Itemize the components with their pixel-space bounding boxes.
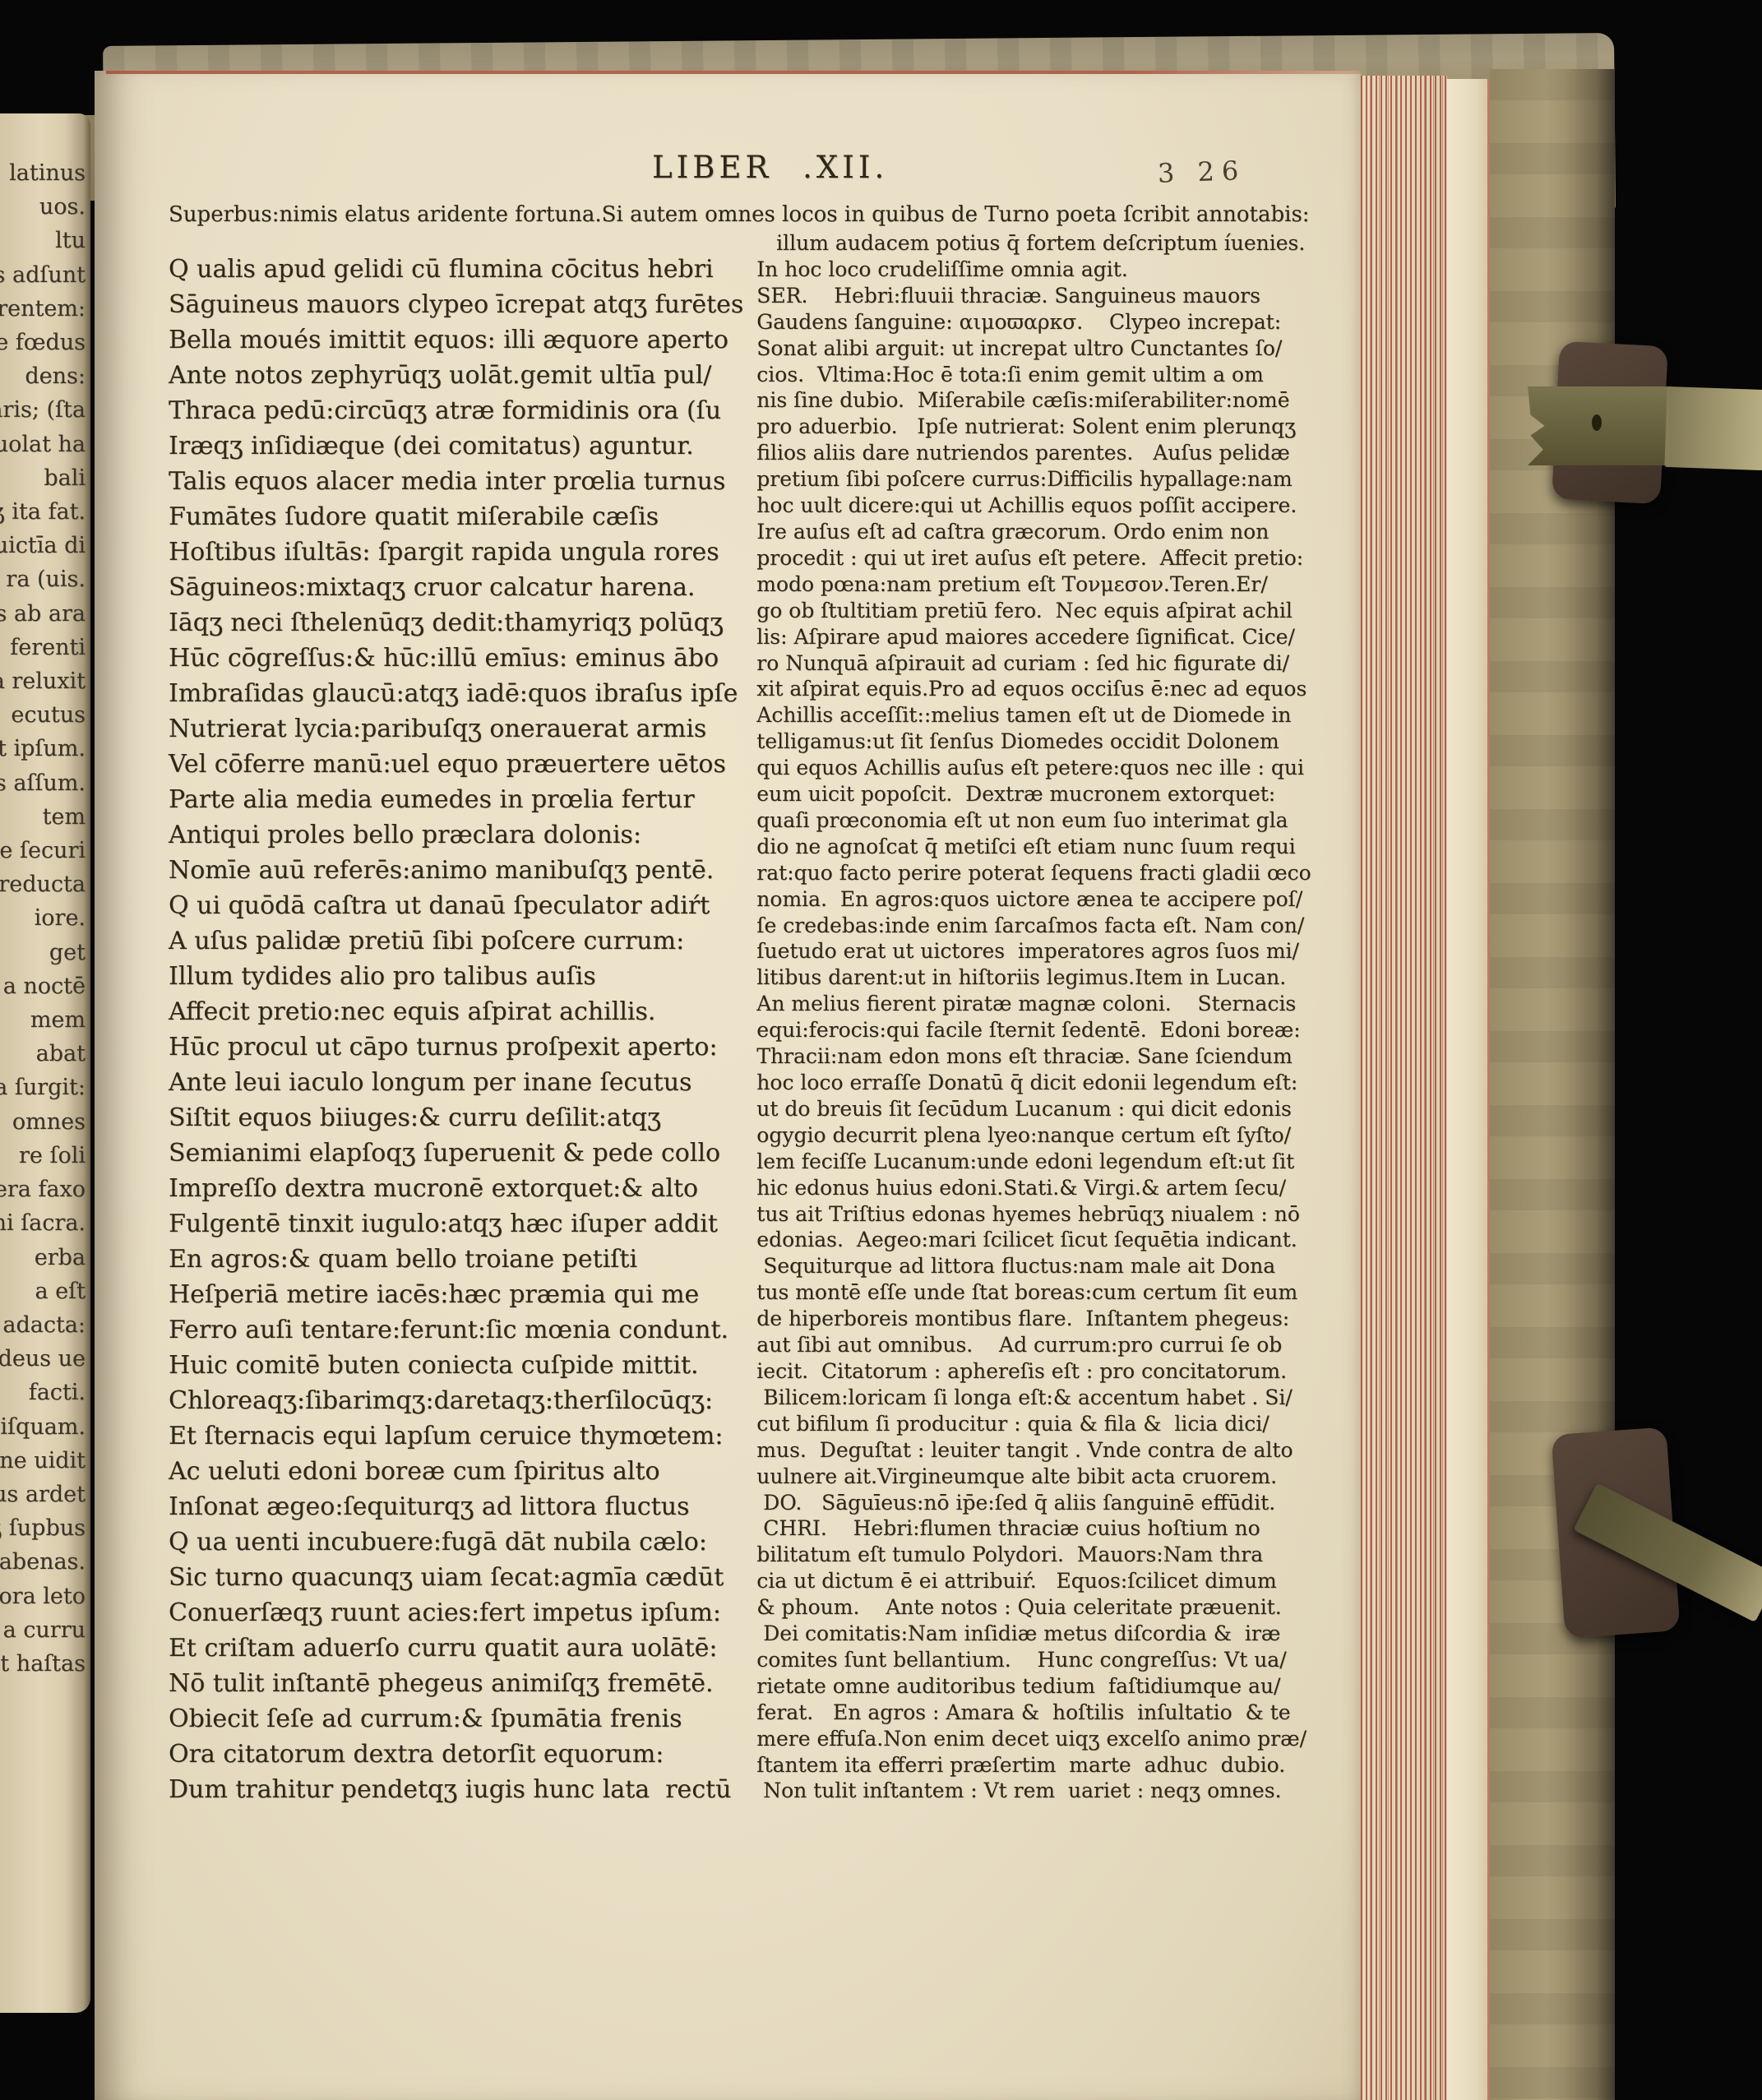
commentary-line: ogygio decurrit plena lyeo:nanque certum… bbox=[756, 1122, 1311, 1149]
commentary-line: Non tulit inſtantem : Vt rem uariet : ne… bbox=[756, 1778, 1311, 1804]
poem-line: Thraca pedū:circūqʒ atræ formidinis ora … bbox=[169, 393, 743, 428]
commentary-line: ſe credebas:inde enim ſarcaſmos facta eſ… bbox=[756, 913, 1311, 939]
poem-line: Ferro auſi tentare:ferunt:ſic mœnia cond… bbox=[169, 1312, 743, 1348]
commentary-line: xit aſpirat equis.Pro ad equos occiſus ē… bbox=[756, 676, 1311, 702]
commentary-line: hoc uult dicere:qui ut Achillis equos po… bbox=[756, 493, 1311, 519]
marginalia-fragment: d uolat ha bbox=[0, 428, 86, 461]
marginalia-fragment: erit haſtas bbox=[0, 1647, 86, 1681]
poem-line: Conuerſæqʒ ruunt acies:fert impetus ipſu… bbox=[169, 1595, 743, 1631]
poem-line: Ora citatorum dextra detorſit equorum: bbox=[169, 1737, 743, 1772]
marginalia-fragment: mine uidit bbox=[0, 1444, 86, 1478]
clasp-brass-plate bbox=[1528, 386, 1669, 465]
facing-page-edge: latinusuos.ltus adſunterentem:re fœdusde… bbox=[0, 113, 90, 2013]
marginalia-fragment: ie adacta: bbox=[0, 1308, 86, 1342]
marginalia-fragment: iore. bbox=[0, 901, 86, 935]
poem-line: Sāguineus mauors clypeo īcrepat atqʒ fur… bbox=[169, 287, 743, 322]
marginalia-fragment: a noctē bbox=[0, 969, 86, 1003]
commentary-line: cut bifilum ſi producitur : quia & fila … bbox=[756, 1411, 1311, 1437]
poem-line: Parte alia media eumedes in prœlia fertu… bbox=[169, 782, 743, 817]
poem-line: Et criſtam aduerſo curru quatit aura uol… bbox=[169, 1631, 743, 1666]
poem-line: Affecit pretio:nec equis aſpirat achilli… bbox=[169, 994, 743, 1029]
commentary-line: go ob ſtultitiam pretiū fero. Nec equis … bbox=[756, 598, 1311, 624]
commentary-line: Thracii:nam edon mons eſt thraciæ. Sane … bbox=[756, 1043, 1311, 1070]
marginalia-fragment: tem bbox=[0, 800, 86, 834]
marginalia-fragment: s ab ara bbox=[0, 597, 86, 631]
clasp-strap-tip bbox=[1664, 386, 1762, 470]
poem-line: En agros:& quam bello troiane petiſti bbox=[169, 1242, 743, 1277]
poem-line: Q ui quōdā caſtra ut danaū ſpeculator ad… bbox=[169, 888, 743, 923]
commentary-line: cios. Vltima:Hoc ē tota:ſi enim gemit ul… bbox=[756, 362, 1311, 388]
marginalia-fragment: a reluxit bbox=[0, 664, 86, 698]
marginalia-fragment: dens: bbox=[0, 359, 86, 393]
marginalia-fragment: edera faxo bbox=[0, 1173, 86, 1206]
poem-line: Nō tulit inſtantē phegeus animiſqʒ fremē… bbox=[169, 1666, 743, 1701]
commentary-line: quaſi prœconomia eſt ut non eum ſuo inte… bbox=[756, 807, 1311, 834]
marginalia-fragment: omnes bbox=[0, 1105, 86, 1139]
commentary-line: CHRI. Hebri:flumen thraciæ cuius hoſtium… bbox=[756, 1515, 1311, 1542]
book-title: LIBER .XII. bbox=[652, 150, 888, 185]
clasp-top bbox=[1513, 339, 1762, 511]
commentary-line: uulnere ait.Virgineumque alte bibit acta… bbox=[756, 1464, 1311, 1490]
commentary-line: hoc loco erraſſe Donatū q̄ dicit edonii … bbox=[756, 1070, 1311, 1096]
commentary-line: ro Nunquā aſpirauit ad curiam : ſed hic … bbox=[756, 650, 1311, 677]
book-photo: { "colors":{ "bg":"#060606","page":"#e9d… bbox=[0, 0, 1762, 2100]
poem-column: Q ualis apud gelidi cū flumina cōcitus h… bbox=[169, 230, 743, 1807]
marginalia-fragment: bali bbox=[0, 461, 86, 495]
poem-line: Nutrierat lycia:paribuſqʒ onerauerat arm… bbox=[169, 711, 743, 747]
commentary-line: procedit : qui ut iret auſus eſt petere.… bbox=[756, 545, 1311, 571]
poem-line: Illum tydides alio pro talibus auſis bbox=[169, 959, 743, 994]
poem-line: Huic comitē buten coniecta cuſpide mitti… bbox=[169, 1348, 743, 1383]
poem-line: Inſonat ægeo:ſequiturqʒ ad littora fluct… bbox=[169, 1489, 743, 1524]
poem-line: Ac ueluti edoni boreæ cum ſpiritus alto bbox=[169, 1454, 743, 1489]
poem-line: Imbraſidas glaucū:atqʒ iadē:quos ibraſus… bbox=[169, 676, 743, 711]
poem-line: Iāqʒ neci ſthelenūqʒ dedit:thamyriqʒ pol… bbox=[169, 605, 743, 641]
poem-line: Chloreaqʒ:ſibarimqʒ:daretaqʒ:therſilocūq… bbox=[169, 1383, 743, 1418]
commentary-line: hic edonus huius edoni.Stati.& Virgi.& a… bbox=[756, 1175, 1311, 1201]
outer-leaf-edge bbox=[1447, 79, 1490, 2100]
poem-line: Hūc cōgreſſus:& hūc:illū emīus: eminus ā… bbox=[169, 641, 743, 676]
commentary-line: dio ne agnoſcat q̄ metiſci eſt etiam nun… bbox=[756, 834, 1311, 860]
marginalia-fragment: a ſurgit: bbox=[0, 1071, 86, 1104]
marginalia-fragment: e deus ue bbox=[0, 1342, 86, 1376]
commentary-line: eum uicit popoſcit. Dextræ mucronem exto… bbox=[756, 781, 1311, 807]
commentary-line: aut ſibi aut omnibus. Ad currum:pro curr… bbox=[756, 1332, 1311, 1358]
marginalia-fragment: ferenti bbox=[0, 631, 86, 664]
poem-line: Ante leui iaculo longum per inane ſecutu… bbox=[169, 1065, 743, 1100]
marginalia-fragment: reducta bbox=[0, 867, 86, 901]
marginalia-fragment: s aſſum. bbox=[0, 766, 86, 800]
marginalia-fragment: mem bbox=[0, 1003, 86, 1037]
poem-line: Fumātes ſudore quatit miſerabile cæſis bbox=[169, 499, 743, 534]
commentary-line: Bilicem:loricam ſi longa eſt:& accentum … bbox=[756, 1385, 1311, 1411]
poem-line: A uſus palidæ pretiū ſibi poſcere currum… bbox=[169, 923, 743, 959]
commentary-line: lem feciſſe Lucanum:unde edoni legendum … bbox=[756, 1149, 1311, 1175]
marginalia-column: latinusuos.ltus adſunterentem:re fœdusde… bbox=[0, 156, 86, 1681]
marginalia-fragment: a eſt bbox=[0, 1274, 86, 1308]
commentary-line: DO. Sāguīeus:nō ip̄e:ſed q̄ aliis ſangui… bbox=[756, 1490, 1311, 1516]
commentary-line: Dei comitatis:Nam inſidiæ metus diſcordi… bbox=[756, 1621, 1311, 1647]
marginalia-fragment: at ipſum. bbox=[0, 732, 86, 766]
commentary-line: rietate omne auditoribus tedium faſtidiu… bbox=[756, 1673, 1311, 1700]
poem-line: Q ua uenti incubuere:fugā dāt nubila cæl… bbox=[169, 1524, 743, 1560]
poem-line: Semianimi elapſoqʒ ſuperuenit & pede col… bbox=[169, 1136, 743, 1171]
commentary-column: illum audacem potius q̄ fortem deſcriptu… bbox=[756, 230, 1311, 1807]
commentary-line: telligamus:ut ſit ſenſus Diomedes occidi… bbox=[756, 729, 1311, 755]
marginalia-fragment: get bbox=[0, 936, 86, 969]
commentary-line: mere effuſa.Non enim decet uiqʒ excelſo … bbox=[756, 1726, 1311, 1752]
marginalia-fragment: ltu bbox=[0, 224, 86, 257]
poem-line: Nomīe auū referēs:animo manibuſqʒ pentē. bbox=[169, 853, 743, 888]
commentary-line: ut do breuis ſit ſecūdum Lucanum : qui d… bbox=[756, 1096, 1311, 1122]
marginalia-fragment: pora leto bbox=[0, 1580, 86, 1613]
marginalia-fragment: a curru bbox=[0, 1613, 86, 1647]
marginalia-fragment: latinus bbox=[0, 156, 86, 190]
poem-line: Hūc procul ut cāpo turnus proſpexit aper… bbox=[169, 1029, 743, 1065]
poem-line: Et ſternacis equi lapſum ceruice thymœte… bbox=[169, 1418, 743, 1454]
marginalia-fragment: facti. bbox=[0, 1376, 86, 1409]
commentary-line: Sonat alibi arguit: ut increpat ultro Cu… bbox=[756, 335, 1311, 362]
commentary-line: & phoum. Ante notos : Quia celeritate pr… bbox=[756, 1594, 1311, 1621]
marginalia-fragment: erentem: bbox=[0, 292, 86, 326]
commentary-line: ferat. En agros : Amara & hoſtilis inſul… bbox=[756, 1700, 1311, 1726]
commentary-line: de hiperboreis montibus flare. Inſtantem… bbox=[756, 1306, 1311, 1332]
commentary-line: bilitatum eſt tumulo Polydori. Mauors:Na… bbox=[756, 1542, 1311, 1568]
marginalia-fragment: aris; (ſta bbox=[0, 393, 86, 427]
marginalia-fragment: erba bbox=[0, 1241, 86, 1274]
poem-line: Heſperiā metire iacēs:hæc præmia qui me bbox=[169, 1277, 743, 1312]
commentary-line: ſtantem ita efferri præſertim marte adhu… bbox=[756, 1752, 1311, 1779]
commentary-line: In hoc loco crudeliſſime omnia agit. bbox=[756, 257, 1311, 283]
commentary-line: ſuetudo erat ut uictores imperatores agr… bbox=[756, 938, 1311, 964]
marginalia-fragment: qʒ ſupbus bbox=[0, 1511, 86, 1545]
marginalia-fragment: nihi ſacra. bbox=[0, 1206, 86, 1240]
marginalia-fragment: uictīa di bbox=[0, 529, 86, 562]
marginalia-fragment: e ſecuri bbox=[0, 834, 86, 867]
commentary-line: Achillis acceſſit::melius tamen eſt ut d… bbox=[756, 702, 1311, 729]
page-header: LIBER .XII. 3 26 bbox=[169, 150, 1280, 201]
fore-edge-pages bbox=[1361, 76, 1447, 2100]
poem-line: Fulgentē tinxit iugulo:atqʒ hæc iſuper a… bbox=[169, 1206, 743, 1242]
text-columns: Q ualis apud gelidi cū flumina cōcitus h… bbox=[169, 230, 1280, 1807]
poem-line: Sic turno quacunqʒ uiam ſecat:agmīa cædū… bbox=[169, 1560, 743, 1595]
poem-line: Antiqui proles bello præclara dolonis: bbox=[169, 817, 743, 853]
commentary-line: filios aliis dare nutriendos parentes. A… bbox=[756, 440, 1311, 466]
poem-line: Iræqʒ inſidiæque (dei comitatus) aguntur… bbox=[169, 428, 743, 464]
commentary-line: SER. Hebri:fluuii thraciæ. Sanguineus ma… bbox=[756, 283, 1311, 309]
poem-line: Dum trahitur pendetqʒ iugis hunc lata re… bbox=[169, 1772, 743, 1807]
commentary-line: litibus darent:ut in hiſtoriis legimus.I… bbox=[756, 964, 1311, 991]
headline-line: Superbus:nimis elatus aridente fortuna.S… bbox=[169, 201, 1280, 229]
commentary-line: pro aduerbio. Ipſe nutrierat: Solent eni… bbox=[756, 414, 1311, 440]
poem-line: Impreſſo dextra mucronē extorquet:& alto bbox=[169, 1171, 743, 1206]
poem-line: Ante notos zephyrūqʒ uolāt.gemit ultīa p… bbox=[169, 358, 743, 393]
commentary-line: edonias. Aegeo:mari ſcilicet ſicut ſequē… bbox=[756, 1227, 1311, 1253]
marginalia-fragment: iſquam. bbox=[0, 1410, 86, 1444]
commentary-line: tus montē eſſe unde ſtat boreas:cum cert… bbox=[756, 1279, 1311, 1306]
marginalia-fragment: uos. bbox=[0, 190, 86, 224]
page: LIBER .XII. 3 26 Superbus:nimis elatus a… bbox=[95, 71, 1361, 2100]
commentary-line: Ire auſus eſt ad caſtra græcorum. Ordo e… bbox=[756, 519, 1311, 545]
poem-line: Bella moués imittit equos: illi æquore a… bbox=[169, 322, 743, 358]
commentary-line: modo pœna:nam pretium eſt Τονμεσον.Teren… bbox=[756, 571, 1311, 598]
commentary-line: iecit. Citatorum : aphereſis eſt : pro c… bbox=[756, 1358, 1311, 1385]
commentary-line: Gaudens ſanguine: αιμοϖαρκσ. Clypeo incr… bbox=[756, 309, 1311, 335]
clasp-plate-hole bbox=[1592, 414, 1602, 431]
poem-line: Hoſtibus iſultās: ſpargit rapida ungula … bbox=[169, 534, 743, 570]
commentary-line: mus. Deguſtat : leuiter tangit . Vnde co… bbox=[756, 1437, 1311, 1464]
marginalia-fragment: ra (uis. bbox=[0, 562, 86, 596]
poem-line: Talis equos alacer media inter prœlia tu… bbox=[169, 464, 743, 499]
commentary-line: Sequiturque ad littora fluctus:nam male … bbox=[756, 1253, 1311, 1279]
poem-line: Obiecit ſeſe ad currum:& ſpumātia frenis bbox=[169, 1701, 743, 1737]
page-number: 3 26 bbox=[1157, 155, 1246, 189]
commentary-line: comites ſunt bellantium. Hunc congreſſus… bbox=[756, 1647, 1311, 1673]
commentary-line: equi:ferocis:qui facile ſternit ſedentē.… bbox=[756, 1017, 1311, 1043]
poem-line: Siſtit equos biiuges:& curru deſilit:atq… bbox=[169, 1100, 743, 1136]
clasp-bottom bbox=[1513, 1408, 1762, 1654]
commentary-line: nomia. En agros:quos uictore ænea te acc… bbox=[756, 886, 1311, 913]
poem-line: Q ualis apud gelidi cū flumina cōcitus h… bbox=[169, 252, 743, 287]
commentary-line: qui equos Achillis auſus eſt petere:quos… bbox=[756, 755, 1311, 781]
poem-line: Sāguineos:mixtaqʒ cruor calcatur harena. bbox=[169, 570, 743, 605]
commentary-line: An melius fierent piratæ magnæ coloni. S… bbox=[756, 991, 1311, 1017]
marginalia-fragment: ecutus bbox=[0, 698, 86, 732]
marginalia-fragment: s adſunt bbox=[0, 258, 86, 292]
marginalia-fragment: abat bbox=[0, 1037, 86, 1071]
commentary-line: illum audacem potius q̄ fortem deſcriptu… bbox=[756, 230, 1311, 257]
marginalia-fragment: us ardet bbox=[0, 1478, 86, 1511]
marginalia-fragment: re fœdus bbox=[0, 326, 86, 359]
commentary-line: lis: Aſpirare apud maiores accedere ſign… bbox=[756, 624, 1311, 650]
poem-line: Vel cōferre manū:uel equo præuertere uēt… bbox=[169, 747, 743, 782]
commentary-line: cia ut dictum ē ei attribuiŕ. Equos:ſcil… bbox=[756, 1568, 1311, 1594]
marginalia-fragment: habenas. bbox=[0, 1545, 86, 1579]
commentary-line: tus ait Triſtius edonas hyemes hebrūqʒ n… bbox=[756, 1201, 1311, 1228]
marginalia-fragment: ʒ ita fat. bbox=[0, 495, 86, 529]
commentary-line: nis ſine dubio. Miſerabile cæſis:miſerab… bbox=[756, 387, 1311, 414]
marginalia-fragment: re ſoli bbox=[0, 1139, 86, 1173]
commentary-line: rat:quo facto perire poterat ſequens fra… bbox=[756, 860, 1311, 886]
commentary-line: pretium ſibi poſcere currus:Difficilis h… bbox=[756, 466, 1311, 493]
